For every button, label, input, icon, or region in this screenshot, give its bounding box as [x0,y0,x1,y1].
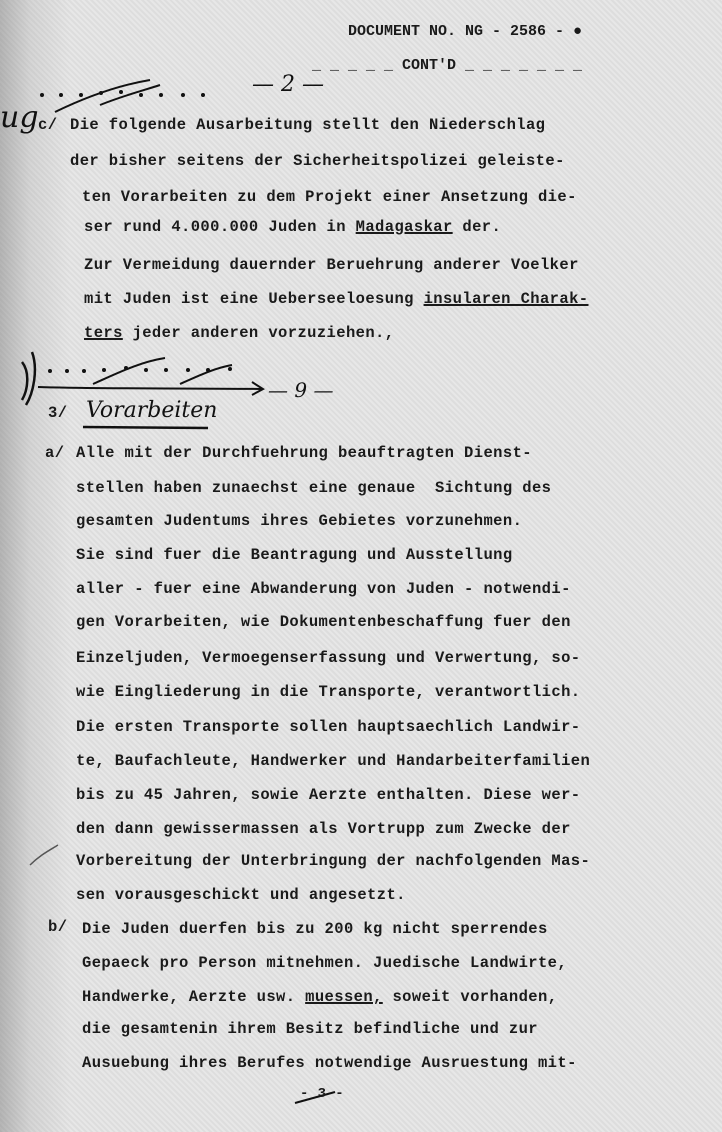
typed-line: ser rund 4.000.000 Juden in Madagaskar d… [84,218,501,236]
section-3-number: 3/ [48,404,67,422]
typed-line: Gepaeck pro Person mitnehmen. Juedische … [82,954,567,972]
typed-line: Alle mit der Durchfuehrung beauftragten … [76,444,532,462]
page-reference-2: — 2 — [252,72,324,97]
typed-line: die gesamtenin ihrem Besitz befindliche … [82,1020,538,1038]
typed-line: Die Juden duerfen bis zu 200 kg nicht sp… [82,920,548,938]
typed-line: gesamten Judentums ihres Gebietes vorzun… [76,512,522,530]
typed-line: der bisher seitens der Sicherheitspolize… [70,152,565,170]
margin-note-first: ug [0,100,39,135]
section-c-label: c/ [38,116,57,134]
typed-line: den dann gewissermassen als Vortrupp zum… [76,820,571,838]
document-page: DOCUMENT NO. NG - 2586 - ● _ _ _ _ _ CON… [0,0,722,1132]
underlined-text: ters [84,324,123,342]
typed-line: wie Eingliederung in die Transporte, ver… [76,683,580,701]
section-3-title: Vorarbeiten [86,398,217,423]
typed-line: Sie sind fuer die Beantragung und Ausste… [76,546,513,564]
underlined-text: muessen, [305,988,383,1006]
typed-line: ten Vorarbeiten zu dem Projekt einer Ans… [82,188,577,206]
typed-line: te, Baufachleute, Handwerker und Handarb… [76,752,590,770]
typed-line: Einzeljuden, Vermoegenserfassung und Ver… [76,649,580,667]
section-b-label: b/ [48,918,67,936]
page-reference-9: — 9 — [268,378,333,402]
typed-line: ters jeder anderen vorzuziehen., [84,324,394,342]
underlined-text: insularen Charak- [424,290,589,308]
typed-line: mit Juden ist eine Ueberseeloesung insul… [84,290,589,308]
page-number-footer: - 3 - [300,1086,344,1102]
typed-line: gen Vorarbeiten, wie Dokumentenbeschaffu… [76,613,571,631]
underlined-text: Madagaskar [356,218,453,236]
typed-line: Vorbereitung der Unterbringung der nachf… [76,852,590,870]
section-a-label: a/ [45,444,64,462]
typed-line: Die ersten Transporte sollen hauptsaechl… [76,718,580,736]
typed-line: sen vorausgeschickt und angesetzt. [76,886,406,904]
typed-line: Zur Vermeidung dauernder Beruehrung ande… [84,256,579,274]
typed-line: stellen haben zunaechst eine genaue Sich… [76,479,551,497]
typed-line: aller - fuer eine Abwanderung von Juden … [76,580,571,598]
typed-line: Ausuebung ihres Berufes notwendige Ausru… [82,1054,577,1072]
typed-line: bis zu 45 Jahren, sowie Aerzte enthalten… [76,786,580,804]
typed-line: Die folgende Ausarbeitung stellt den Nie… [70,116,545,134]
typed-line: Handwerke, Aerzte usw. muessen, soweit v… [82,988,557,1006]
